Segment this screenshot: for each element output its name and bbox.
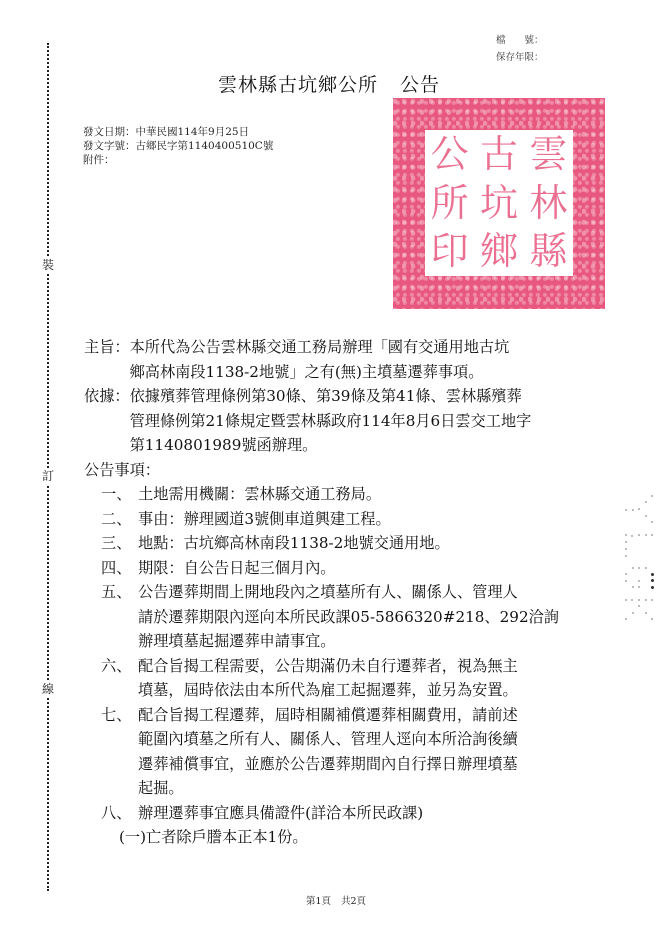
binding-margin-line [47,43,49,891]
basis-label: 依據： [84,384,130,458]
subject-line: 鄉高林南段1138-2地號」之有(無)主墳墓遷葬事項。 [130,360,604,385]
seal-char: 公 [425,130,474,179]
announcement-body: 主旨： 本所代為公告雲林縣交通工務局辦理「國有交通用地古坑 鄉高林南段1138-… [84,335,604,850]
list-item: 六、 配合旨揭工程需要，公告期滿仍未自行遷葬者，視為無主 墳墓，屆時依法由本所代… [101,654,604,703]
issue-number: 發文字號：古鄉民字第1140400510C號 [83,139,273,153]
item-line: 辦理遷葬事宜應具備證件(詳洽本所民政課) [138,801,604,826]
item-line: 配合旨揭工程需要，公告期滿仍未自行遷葬者，視為無主 [138,654,604,679]
binding-char-xian: 線 [39,681,57,697]
list-item: 四、 期限：自公告日起三個月內。 [101,556,604,581]
seal-char: 印 [425,227,474,276]
subject-label: 主旨： [84,335,130,384]
list-item: 七、 配合旨揭工程遷葬，屆時相關補償遷葬相關費用，請前述 範圍內墳墓之所有人、關… [101,703,604,801]
item-line: 請於遷葬期限內逕向本所民政課05-5866320#218、292洽詢 [138,605,604,630]
list-item: 五、 公告遷葬期間上開地段內之墳墓所有人、關係人、管理人 請於遷葬期限內逕向本所… [101,580,604,654]
item-line: 遷葬補償事宜，並應於公告遷葬期間內自行擇日辦理墳墓 [138,752,604,777]
archive-meta: 檔 號： 保存年限： [496,32,544,66]
seal-char: 縣 [524,227,573,276]
item-number: 四、 [101,556,138,581]
item-number: 二、 [101,507,138,532]
basis-line: 第1140801989號函辦理。 [130,433,604,458]
title-org: 雲林縣古坑鄉公所 [218,74,378,96]
item-line: 事由：辦理國道3號側車道興建工程。 [138,507,604,532]
scan-watermark-dots [620,493,670,621]
seal-char: 坑 [474,179,523,228]
announcement-items: 一、 土地需用機關：雲林縣交通工務局。 二、 事由：辦理國道3號側車道興建工程。… [101,482,604,850]
seal-inner: 雲 林 縣 古 坑 鄉 公 所 印 [425,130,573,276]
item-line: 範圍內墳墓之所有人、關係人、管理人逕向本所洽詢後續 [138,727,604,752]
list-item: 三、 地點：古坑鄉高林南段1138-2地號交通用地。 [101,531,604,556]
item-number: 六、 [101,654,138,703]
issue-date: 發文日期：中華民國114年9月25日 [83,125,273,139]
seal-char: 古 [474,130,523,179]
attachment: 附件： [83,153,273,167]
item-number: 一、 [101,482,138,507]
item-line: 期限：自公告日起三個月內。 [138,556,604,581]
current-page: 第1頁 [306,896,331,907]
basis-line: 依據殯葬管理條例第30條、第39條及第41條、雲林縣殯葬 [130,384,604,409]
item-line: 配合旨揭工程遷葬，屆時相關補償遷葬相關費用，請前述 [138,703,604,728]
total-pages: 共2頁 [341,896,366,907]
list-item: 一、 土地需用機關：雲林縣交通工務局。 [101,482,604,507]
page-number: 第1頁共2頁 [0,893,672,907]
binding-char-ding: 訂 [39,468,57,484]
basis-line: 管理條例第21條規定暨雲林縣政府114年8月6日雲交工地字 [130,409,604,434]
official-seal-stamp: 雲 林 縣 古 坑 鄉 公 所 印 [393,98,605,309]
document-meta: 發文日期：中華民國114年9月25日 發文字號：古鄉民字第1140400510C… [83,125,273,167]
subject-section: 主旨： 本所代為公告雲林縣交通工務局辦理「國有交通用地古坑 鄉高林南段1138-… [84,335,604,384]
list-item: 二、 事由：辦理國道3號側車道興建工程。 [101,507,604,532]
binding-char-zhuang: 裝 [39,257,57,273]
item-number: 三、 [101,531,138,556]
item-line: 公告遷葬期間上開地段內之墳墓所有人、關係人、管理人 [138,580,604,605]
file-no-label: 檔 號： [496,32,544,49]
item-line: 地點：古坑鄉高林南段1138-2地號交通用地。 [138,531,604,556]
announcement-label: 公告事項： [84,458,604,483]
item-line: 墳墓，屆時依法由本所代為雇工起掘遷葬，並另為安置。 [138,678,604,703]
seal-char: 鄉 [474,227,523,276]
title-type: 公告 [400,74,440,96]
page-title: 雲林縣古坑鄉公所公告 [218,70,440,97]
list-item: 八、 辦理遷葬事宜應具備證件(詳洽本所民政課) [101,801,604,826]
item-number: 八、 [101,801,138,826]
item-number: 五、 [101,580,138,654]
subject-line: 本所代為公告雲林縣交通工務局辦理「國有交通用地古坑 [130,335,604,360]
item-line: 土地需用機關：雲林縣交通工務局。 [138,482,604,507]
item-number: 七、 [101,703,138,801]
sub-list-item: (一)亡者除戶謄本正本1份。 [119,825,604,850]
item-line: 起掘。 [138,776,604,801]
seal-char: 雲 [524,130,573,179]
seal-char: 林 [524,179,573,228]
seal-char: 所 [425,179,474,228]
retention-label: 保存年限： [496,49,544,66]
basis-section: 依據： 依據殯葬管理條例第30條、第39條及第41條、雲林縣殯葬 管理條例第21… [84,384,604,458]
item-line: 辦理墳墓起掘遷葬申請事宜。 [138,629,604,654]
